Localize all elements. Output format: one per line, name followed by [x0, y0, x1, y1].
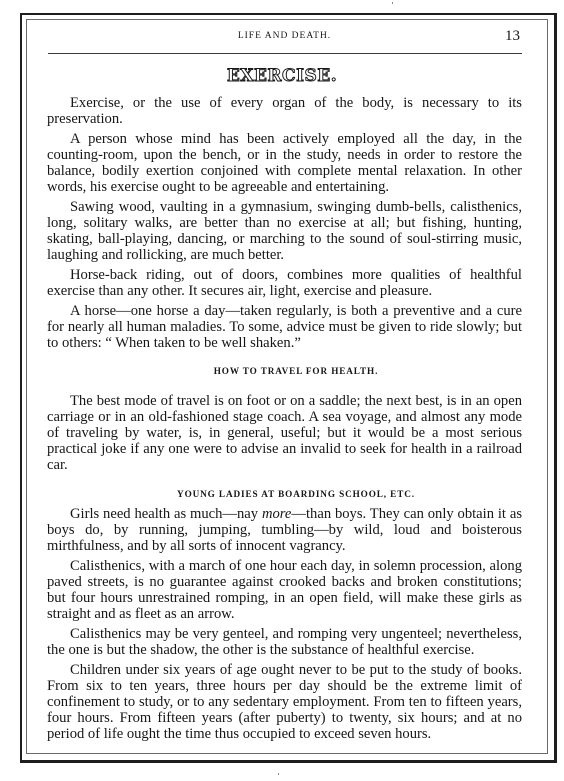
paragraph: A horse—one horse a day—taken regularly,…: [47, 303, 522, 351]
paragraph: Girls need health as much—nay more—than …: [47, 506, 522, 554]
paragraph: Children under six years of age ought ne…: [47, 662, 522, 742]
paragraph: Horse-back riding, out of doors, combine…: [47, 267, 522, 299]
scan-speck: [392, 2, 393, 4]
paragraph: A person whose mind has been actively em…: [47, 131, 522, 195]
chapter-title: EXERCISE.: [0, 66, 564, 86]
scan-speck: [278, 773, 279, 775]
paragraph: Calisthenics may be very genteel, and ro…: [47, 626, 522, 658]
section-heading: HOW TO TRAVEL FOR HEALTH.: [47, 363, 522, 379]
running-title: LIFE AND DEATH.: [47, 31, 522, 41]
emphasis-text: more: [262, 506, 291, 522]
paragraph: Exercise, or the use of every organ of t…: [47, 95, 522, 127]
header-rule: [48, 53, 522, 54]
running-head: LIFE AND DEATH. 13: [47, 29, 522, 47]
paragraph: Calisthenics, with a march of one hour e…: [47, 558, 522, 622]
paragraph: The best mode of travel is on foot or on…: [47, 393, 522, 473]
section-heading: YOUNG LADIES AT BOARDING SCHOOL, ETC.: [47, 486, 522, 502]
paragraph: Sawing wood, vaulting in a gymnasium, sw…: [47, 199, 522, 263]
page-number: 13: [505, 28, 520, 45]
body-text: Exercise, or the use of every organ of t…: [47, 95, 522, 746]
paragraph-text: Girls need health as much—nay: [70, 506, 262, 522]
